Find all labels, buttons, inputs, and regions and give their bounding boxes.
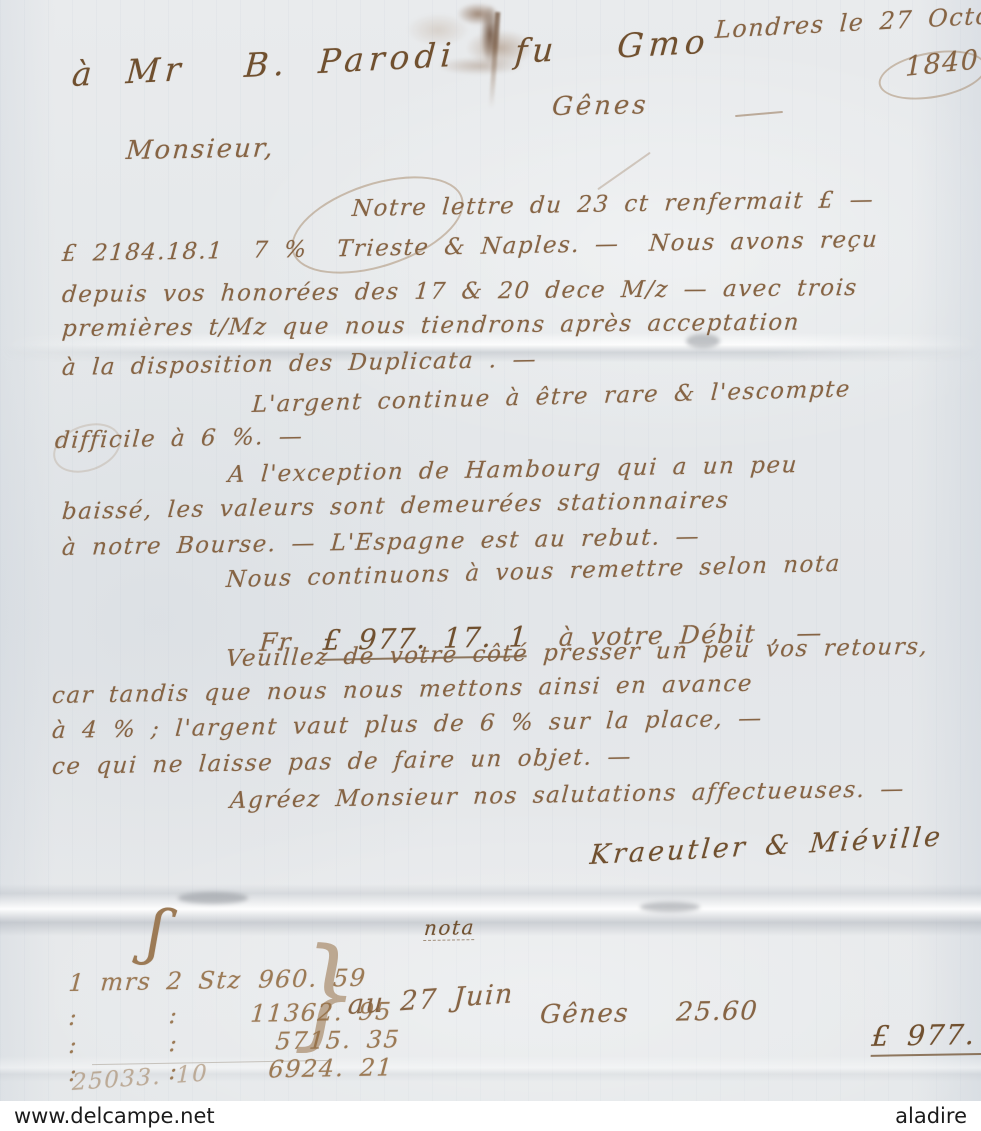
- settlement-amount-value: £ 977. 17. 1: [870, 1016, 981, 1057]
- signature: Kraeutler & Miéville: [589, 823, 944, 869]
- body-line: à notre Bourse. — L'Espagne est au rebut…: [61, 526, 701, 560]
- body-line: Agréez Monsieur nos salutations affectue…: [229, 778, 905, 813]
- recipient-line: à Mr B. Parodi fu Gmo: [71, 24, 711, 91]
- salutation: Monsieur,: [125, 135, 275, 164]
- body-line: Notre lettre du 23 ct renfermait £ —: [351, 189, 875, 221]
- watermark-left: www.delcampe.net: [14, 1104, 215, 1128]
- paper-edge-shading: [911, 0, 981, 1131]
- fold-crease: [0, 884, 981, 936]
- watermark-bar: www.delcampe.net aladire: [0, 1101, 981, 1131]
- recipient-city: Gênes: [551, 92, 649, 120]
- pen-stroke: [735, 111, 783, 117]
- body-line: Nous continuons à vous remettre selon no…: [225, 553, 841, 592]
- body-line: ce qui ne laisse pas de faire un objet. …: [51, 746, 633, 779]
- settlement-amount: £ 977. 17. 1: [803, 991, 981, 1080]
- watermark-right: aladire: [895, 1104, 967, 1128]
- body-line: baissé, les valeurs sont demeurées stati…: [61, 489, 730, 524]
- body-line: A l'exception de Hambourg qui a un peu: [227, 454, 798, 487]
- body-line: difficile à 6 %. —: [54, 426, 304, 453]
- body-line: car tandis que nous nous mettons ainsi e…: [51, 673, 754, 708]
- crease-shadow: [178, 892, 248, 904]
- settlement-place-rate: Gênes 25.60: [539, 998, 759, 1028]
- body-line: depuis vos honorées des 17 & 20 dece M/z…: [61, 277, 859, 307]
- letter-scan: Londres le 27 Octobre 1840 à Mr B. Parod…: [0, 0, 981, 1131]
- dateline-year: 1840: [905, 46, 979, 81]
- nota-label: nota: [423, 917, 475, 941]
- pen-stroke: [597, 152, 651, 190]
- body-line: à 4 % ; l'argent vaut plus de 6 % sur la…: [51, 708, 763, 743]
- crease-shadow: [640, 902, 700, 912]
- body-line: L'argent continue à être rare & l'escomp…: [251, 378, 851, 417]
- pen-flourish: [279, 157, 475, 292]
- dateline: Londres le 27 Octobre: [714, 1, 981, 42]
- body-line: £ 2184.18.1 7 % Trieste & Naples. — Nous…: [61, 229, 879, 266]
- body-line: à la disposition des Duplicata . —: [61, 349, 538, 380]
